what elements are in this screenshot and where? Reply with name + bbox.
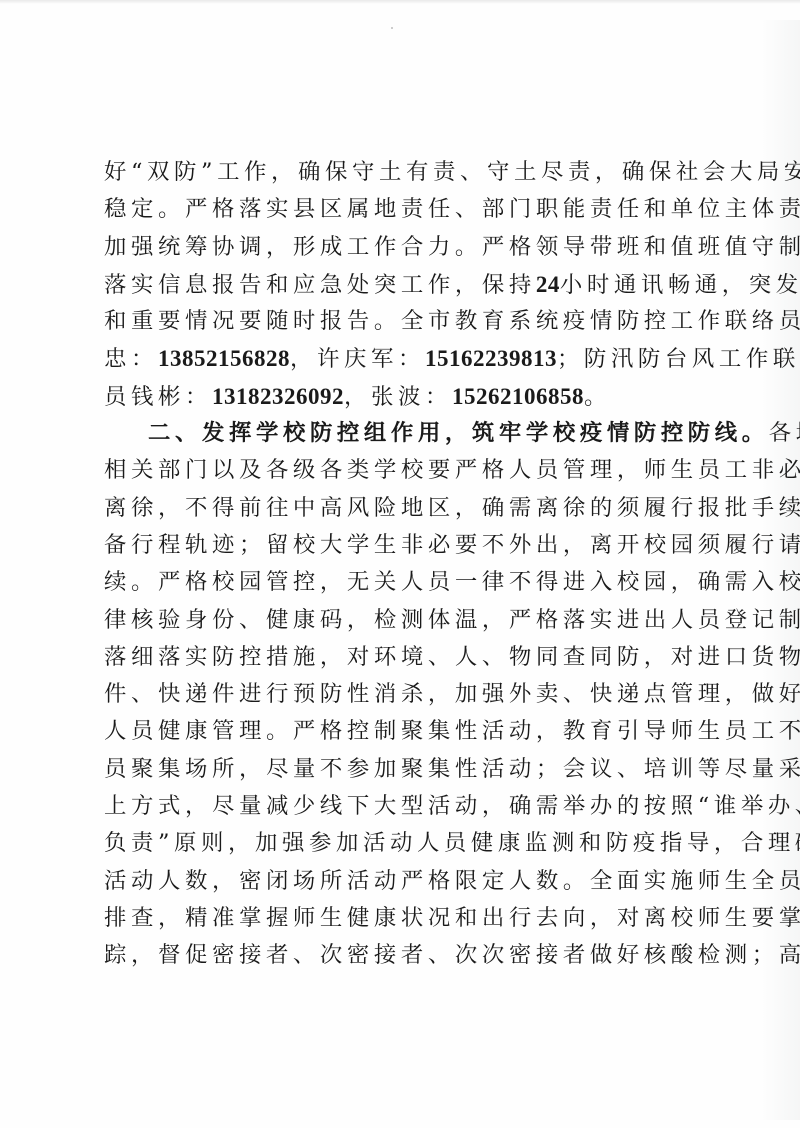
text-line: 排查，精准掌握师生健康状况和出行去向，对离校师生要掌握行 xyxy=(104,900,708,937)
text-line: 和重要情况要随时报告。全市教育系统疫情防控工作联络员付桂 xyxy=(104,303,708,340)
number-value: 13182326092 xyxy=(212,384,344,409)
text-segment: 踪，督促密接者、次密接者、次次密接者做好核酸检测；高校要 xyxy=(104,942,800,968)
text-line: 落细落实防控措施，对环境、人、物同查同防，对进口货物、邮 xyxy=(104,639,708,676)
number-value: 15262106858 xyxy=(452,384,584,409)
text-line: 踪，督促密接者、次密接者、次次密接者做好核酸检测；高校要 xyxy=(104,937,708,974)
text-segment: 忠： xyxy=(104,346,158,372)
text-line: 忠：13852156828，许庆军：15162239813；防汛防台风工作联络 xyxy=(104,340,708,377)
text-line: 相关部门以及各级各类学校要严格人员管理，师生员工非必要不 xyxy=(104,452,708,489)
text-line: 律核验身份、健康码，检测体温，严格落实进出人员登记制度。 xyxy=(104,602,708,639)
number-value: 13852156828 xyxy=(158,346,290,371)
text-segment: ，张波： xyxy=(344,384,452,410)
text-line: 二、发挥学校防控组作用，筑牢学校疫情防控防线。各地各 xyxy=(104,415,708,452)
text-segment: 排查，精准掌握师生健康状况和出行去向，对离校师生要掌握行 xyxy=(104,905,800,931)
number-value: 15162239813 xyxy=(425,346,557,371)
text-segment: 件、快递件进行预防性消杀，加强外卖、快递点管理，做好快递 xyxy=(104,681,800,707)
text-segment: 离徐，不得前往中高风险地区，确需离徐的须履行报批手续，报 xyxy=(104,495,800,521)
text-segment: 活动人数，密闭场所活动严格限定人数。全面实施师生全员动态 xyxy=(104,868,800,894)
text-line: 件、快递件进行预防性消杀，加强外卖、快递点管理，做好快递 xyxy=(104,676,708,713)
text-segment: 。 xyxy=(584,384,611,410)
text-segment: 相关部门以及各级各类学校要严格人员管理，师生员工非必要不 xyxy=(104,457,800,483)
text-line: 员钱彬：13182326092，张波：15262106858。 xyxy=(104,378,708,415)
scan-top-edge xyxy=(0,0,800,4)
text-segment: 稳定。严格落实县区属地责任、部门职能责任和单位主体责任， xyxy=(104,196,800,222)
text-segment: 各地各 xyxy=(769,420,800,446)
paragraph-p1: 好“双防”工作，确保守土有责、守土尽责，确保社会大局安全稳定。严格落实县区属地责… xyxy=(104,154,708,415)
text-segment: ，许庆军： xyxy=(290,346,425,372)
text-segment: 负责”原则，加强参加活动人员健康监测和防疫指导，合理确定 xyxy=(104,830,800,856)
text-segment: 员钱彬： xyxy=(104,384,212,410)
text-line: 负责”原则，加强参加活动人员健康监测和防疫指导，合理确定 xyxy=(104,825,708,862)
text-segment: 落细落实防控措施，对环境、人、物同查同防，对进口货物、邮 xyxy=(104,644,800,670)
text-segment: 加强统筹协调，形成工作合力。严格领导带班和值班值守制度， xyxy=(104,234,800,260)
text-segment: ；防汛防台风工作联络 xyxy=(557,346,800,372)
text-segment: 小时通讯畅通，突发事件 xyxy=(560,272,800,298)
text-segment: 律核验身份、健康码，检测体温，严格落实进出人员登记制度。 xyxy=(104,607,800,633)
text-line: 加强统筹协调，形成工作合力。严格领导带班和值班值守制度， xyxy=(104,229,708,266)
text-segment: 上方式，尽量减少线下大型活动，确需举办的按照“谁举办、谁 xyxy=(104,793,800,819)
document-page: 好“双防”工作，确保守土有责、守土尽责，确保社会大局安全稳定。严格落实县区属地责… xyxy=(0,0,800,1128)
text-line: 人员健康管理。严格控制聚集性活动，教育引导师生员工不到人 xyxy=(104,713,708,750)
text-segment: 备行程轨迹；留校大学生非必要不外出，离开校园须履行请假手 xyxy=(104,532,800,558)
paragraph-p2: 二、发挥学校防控组作用，筑牢学校疫情防控防线。各地各相关部门以及各级各类学校要严… xyxy=(104,415,708,974)
text-line: 离徐，不得前往中高风险地区，确需离徐的须履行报批手续，报 xyxy=(104,490,708,527)
text-segment: 续。严格校园管控，无关人员一律不得进入校园，确需入校的一 xyxy=(104,569,800,595)
text-line: 好“双防”工作，确保守土有责、守土尽责，确保社会大局安全 xyxy=(104,154,708,191)
text-line: 落实信息报告和应急处突工作，保持24小时通讯畅通，突发事件 xyxy=(104,266,708,303)
text-line: 员聚集场所，尽量不参加聚集性活动；会议、培训等尽量采取线 xyxy=(104,751,708,788)
text-line: 活动人数，密闭场所活动严格限定人数。全面实施师生全员动态 xyxy=(104,863,708,900)
text-line: 备行程轨迹；留校大学生非必要不外出，离开校园须履行请假手 xyxy=(104,527,708,564)
text-line: 续。严格校园管控，无关人员一律不得进入校园，确需入校的一 xyxy=(104,564,708,601)
document-body: 好“双防”工作，确保守土有责、守土尽责，确保社会大局安全稳定。严格落实县区属地责… xyxy=(104,154,708,975)
scan-speck xyxy=(391,27,393,29)
text-segment: 好“双防”工作，确保守土有责、守土尽责，确保社会大局安全 xyxy=(104,159,800,185)
number-value: 24 xyxy=(536,272,560,297)
text-line: 上方式，尽量减少线下大型活动，确需举办的按照“谁举办、谁 xyxy=(104,788,708,825)
text-segment: 和重要情况要随时报告。全市教育系统疫情防控工作联络员付桂 xyxy=(104,308,800,334)
text-segment: 人员健康管理。严格控制聚集性活动，教育引导师生员工不到人 xyxy=(104,718,800,744)
text-line: 稳定。严格落实县区属地责任、部门职能责任和单位主体责任， xyxy=(104,191,708,228)
section-heading: 二、发挥学校防控组作用，筑牢学校疫情防控防线。 xyxy=(148,420,769,446)
text-segment: 员聚集场所，尽量不参加聚集性活动；会议、培训等尽量采取线 xyxy=(104,756,800,782)
text-segment: 落实信息报告和应急处突工作，保持 xyxy=(104,272,536,298)
